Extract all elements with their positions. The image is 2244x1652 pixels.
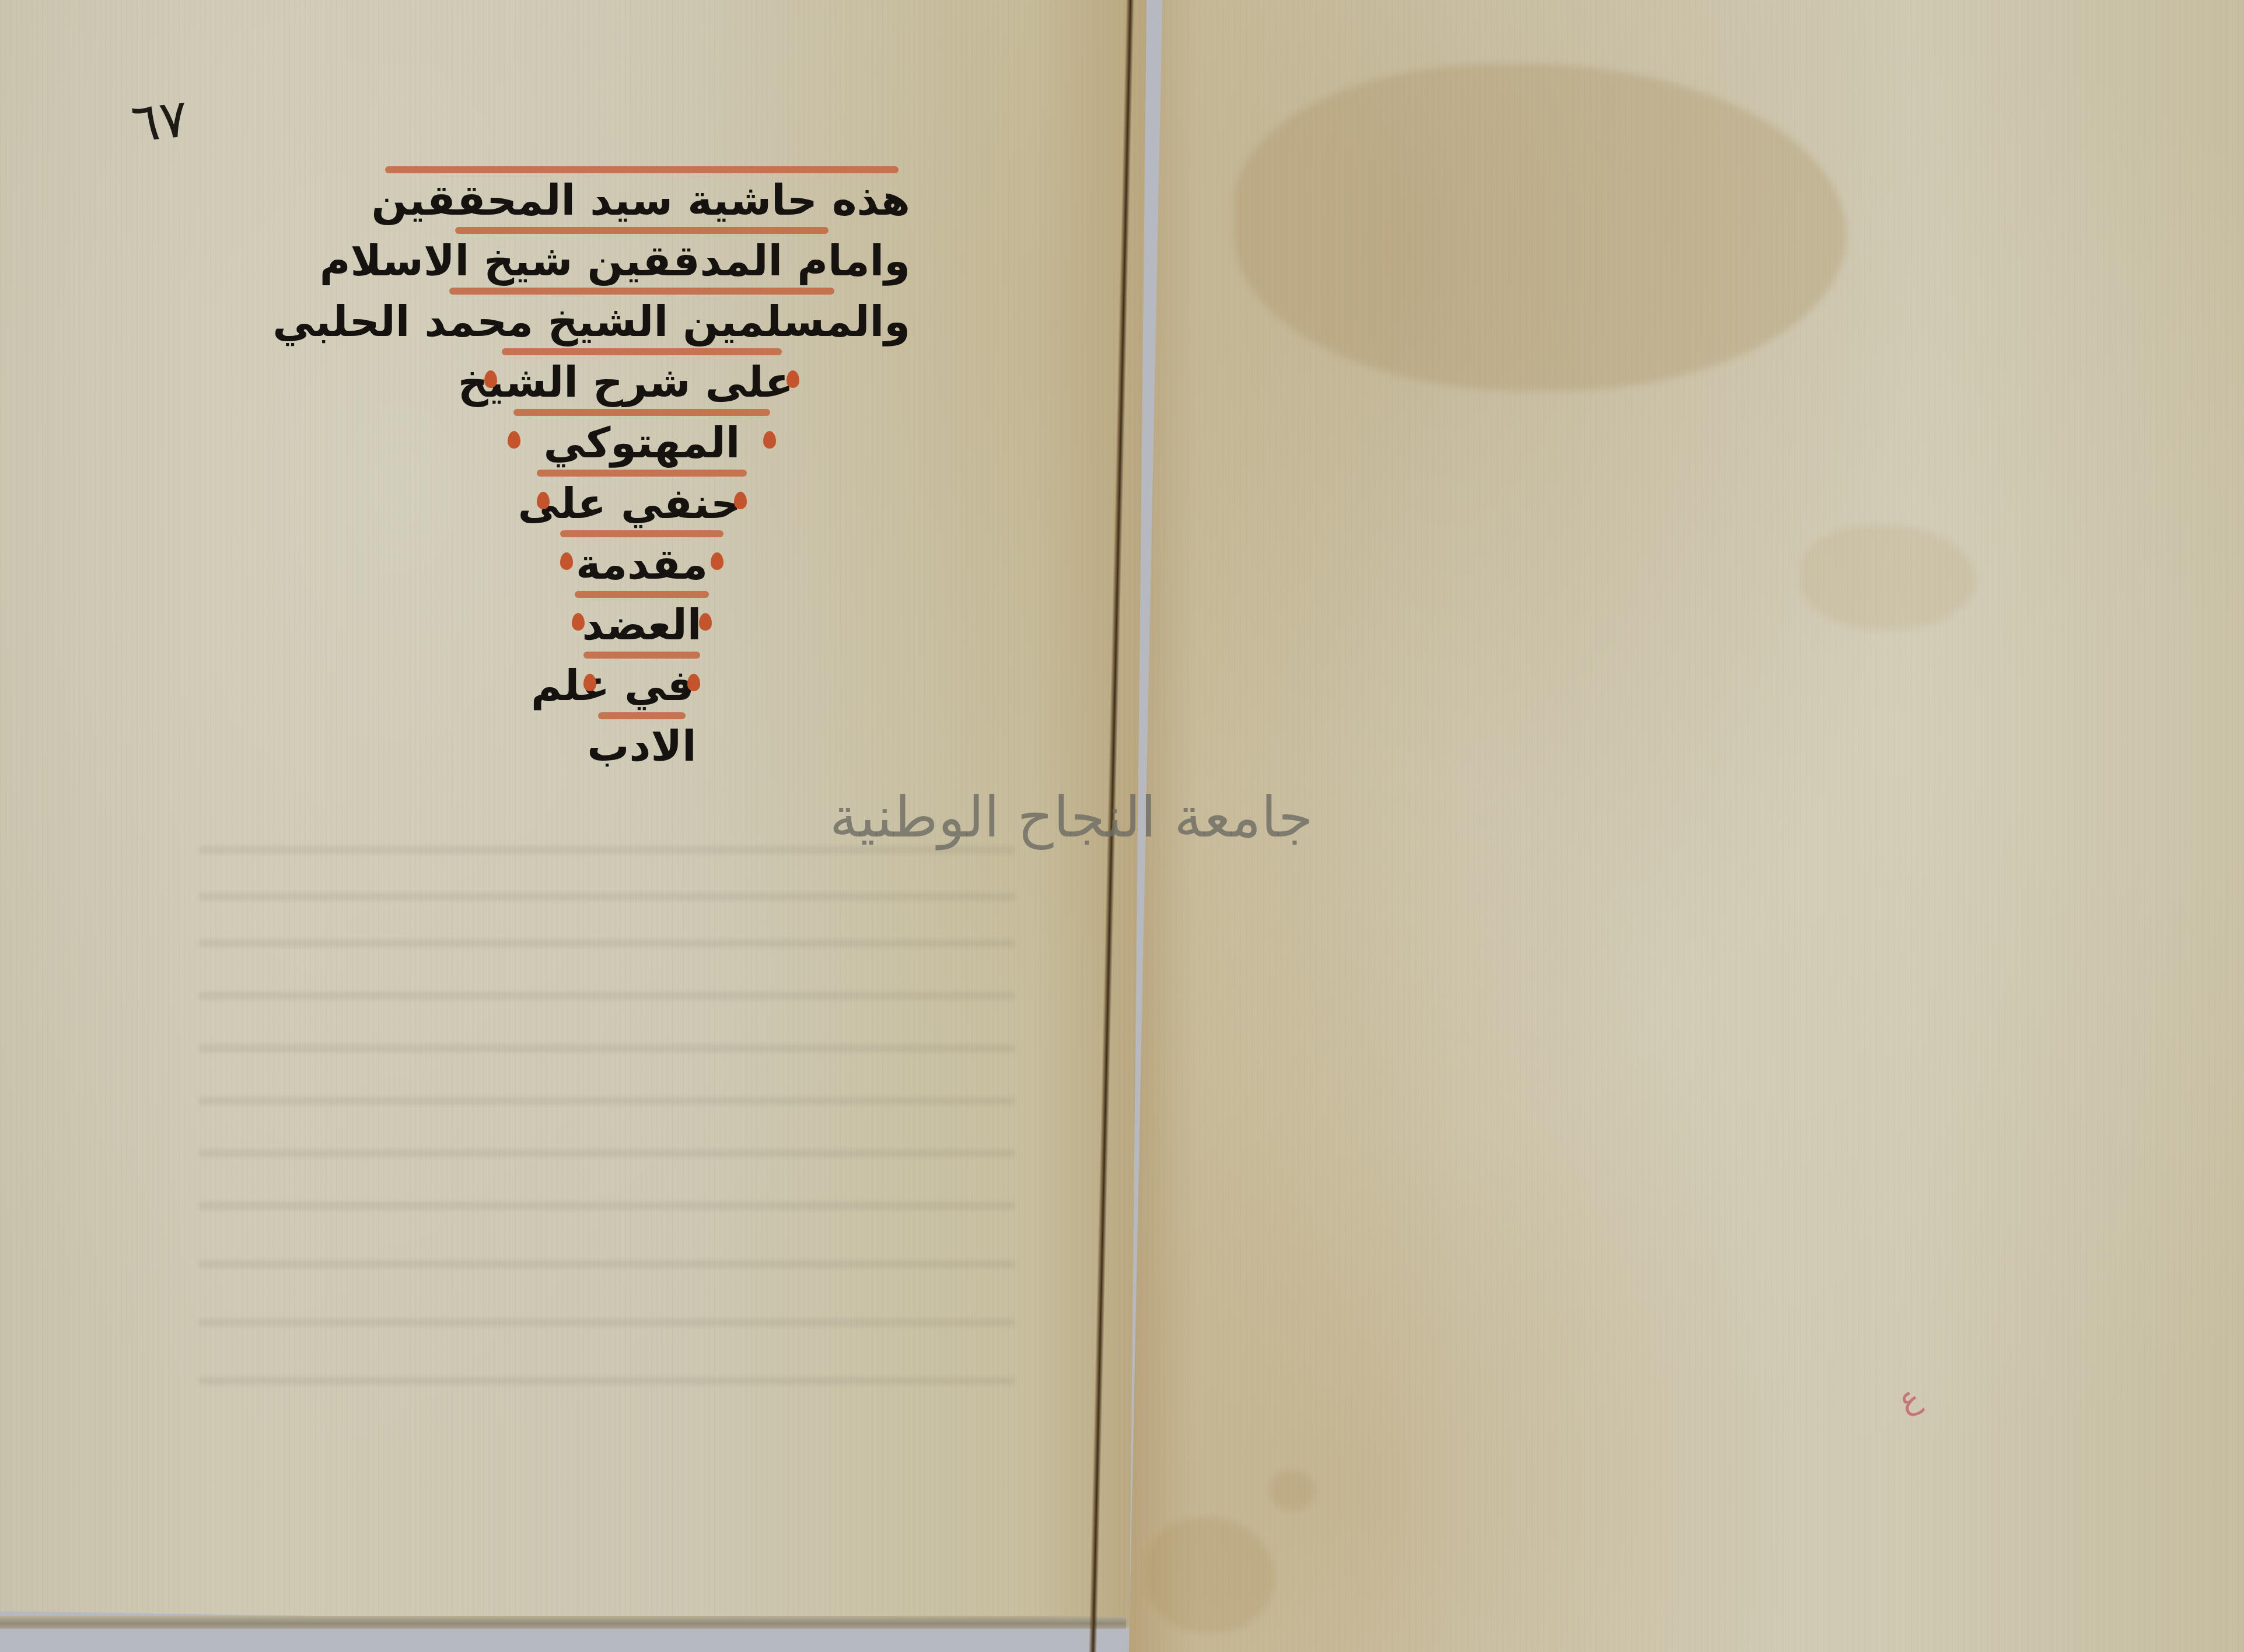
rubric-drop	[711, 552, 723, 570]
water-stain	[1147, 1517, 1275, 1633]
title-line-3: والمسلمين الشيخ محمد الحلبي	[373, 295, 910, 348]
bleed-through-line	[198, 1149, 1015, 1157]
bleed-through-line	[198, 939, 1015, 947]
bleed-through-line	[198, 1097, 1015, 1105]
bleed-through-line	[198, 1377, 1015, 1385]
rubric-drop	[699, 613, 712, 631]
institution-watermark: جامعة النجاح الوطنية	[934, 785, 1313, 850]
rubric-drop	[537, 492, 550, 509]
title-line-7-text: مقدمة	[576, 540, 708, 589]
rubric-drop	[508, 431, 520, 449]
title-line-7: مقدمة	[566, 537, 718, 591]
title-line-5-text: المهتوكي	[544, 418, 740, 467]
rubric-rule	[513, 409, 770, 416]
rubric-drop	[572, 613, 585, 631]
rubric-drop	[787, 370, 799, 388]
rubric-rule	[575, 591, 709, 598]
rubric-rule	[598, 712, 686, 719]
rubric-rule	[455, 227, 829, 234]
title-line-8: العضد	[578, 598, 706, 652]
left-page-bottom-edge	[0, 1616, 1126, 1629]
rubric-drop	[734, 492, 747, 509]
title-line-1: هذه حاشية سيد المحققين	[373, 173, 910, 227]
rubric-drop	[687, 674, 700, 691]
title-line-6: حنفي على	[543, 477, 741, 530]
rubric-drop	[484, 370, 497, 388]
bleed-through-line	[198, 1044, 1015, 1052]
rubric-rule	[583, 652, 700, 659]
manuscript-spread: ٦٧ هذه حاشية سيد المحققين وامام المدققين…	[0, 0, 2244, 1652]
rubric-rule	[560, 530, 723, 537]
title-line-8-text: العضد	[582, 600, 702, 649]
rubric-rule	[537, 470, 747, 477]
water-stain	[1800, 525, 1975, 630]
title-line-5: المهتوكي	[513, 416, 770, 470]
rubric-rule	[385, 166, 899, 173]
title-line-9-text: في علم	[531, 661, 694, 710]
title-line-6-text: حنفي على	[518, 479, 741, 528]
title-triangle: هذه حاشية سيد المحققين وامام المدققين شي…	[373, 166, 910, 773]
water-stain	[1234, 64, 1847, 391]
page-number: ٦٧	[128, 87, 191, 155]
bleed-through-line	[198, 1318, 1015, 1326]
title-line-4: على شرح الشيخ	[490, 355, 794, 409]
title-line-2: وامام المدققين شيخ الاسلام	[373, 234, 910, 288]
water-stain	[1269, 1470, 1316, 1511]
rubric-drop	[560, 552, 573, 570]
title-line-9: في علم	[589, 659, 694, 712]
bleed-through-line	[198, 892, 1015, 901]
rubric-drop	[763, 431, 776, 449]
title-line-10: الادب	[373, 719, 910, 773]
bleed-through-line	[198, 1260, 1015, 1268]
title-line-4-text: على شرح الشيخ	[458, 358, 794, 407]
rubric-rule	[449, 288, 834, 295]
rubric-rule	[502, 348, 782, 355]
rubric-drop	[583, 674, 596, 691]
bleed-through-line	[198, 1202, 1015, 1210]
bleed-through-line	[198, 992, 1015, 1000]
